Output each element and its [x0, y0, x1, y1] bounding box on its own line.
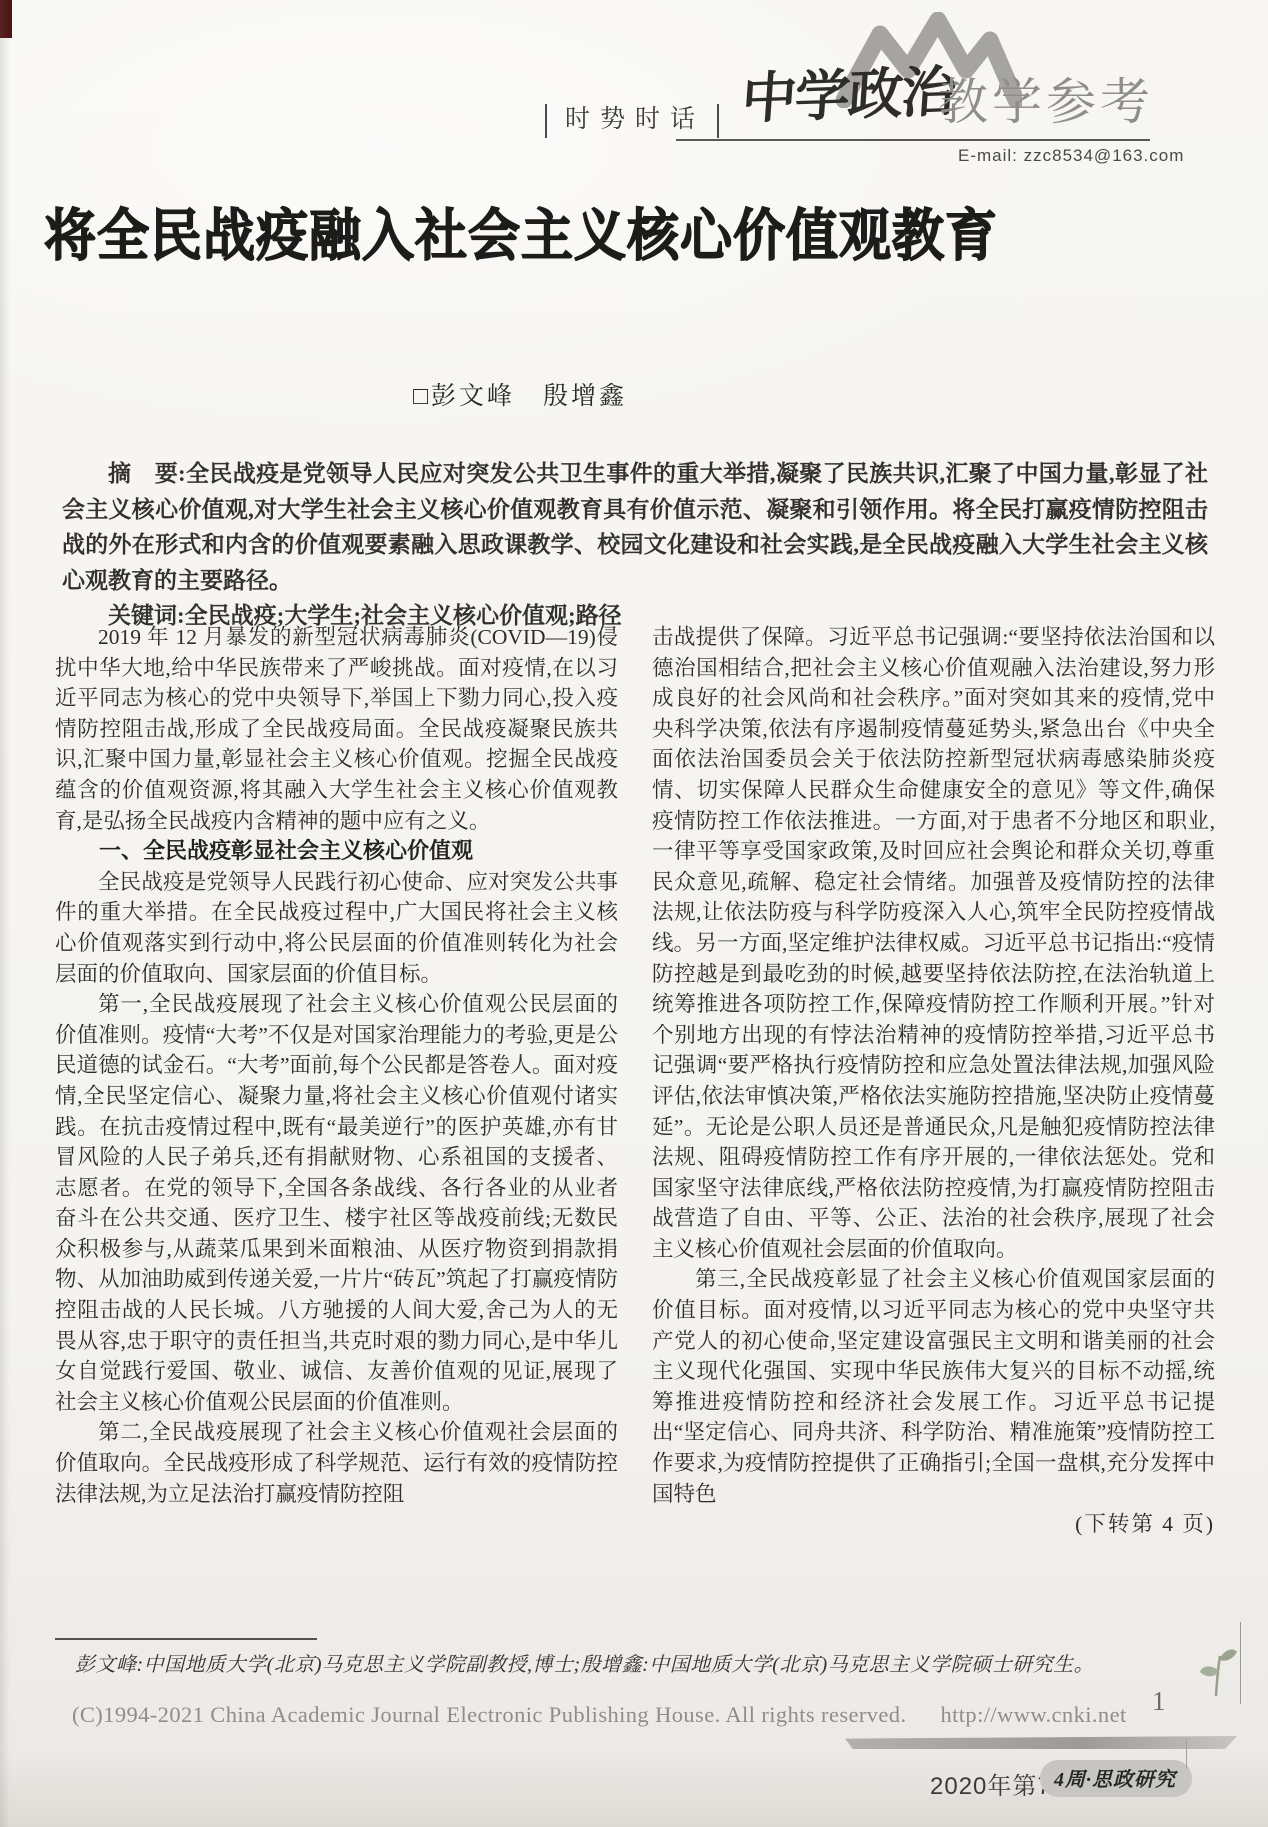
article-authors: □彭文峰 殷增鑫 — [0, 376, 1040, 412]
scan-shadow-bar — [845, 1736, 1237, 1749]
copyright-line: (C)1994-2021 China Academic Journal Elec… — [72, 1702, 1172, 1728]
masthead: 时势时话 中学政治 教学参考 E-mail: zzc8534@163.com — [0, 0, 1268, 170]
page-number-rule — [1240, 1622, 1241, 1704]
paragraph-second-point-start: 第二,全民战疫展现了社会主义核心价值观社会层面的价值取向。全民战疫形成了科学规范… — [55, 1417, 618, 1509]
scan-edge-shade — [0, 0, 10, 1827]
section-label: 时势时话 — [545, 104, 719, 138]
left-column: 2019 年 12 月暴发的新型冠状病毒肺炎(COVID—19)侵扰中华大地,给… — [55, 622, 618, 1634]
abstract-label: 摘 要: — [108, 461, 186, 486]
scanned-journal-page: 时势时话 中学政治 教学参考 E-mail: zzc8534@163.com 将… — [0, 0, 1268, 1827]
paragraph-intro: 2019 年 12 月暴发的新型冠状病毒肺炎(COVID—19)侵扰中华大地,给… — [55, 622, 618, 836]
paragraph-third-point: 第三,全民战疫彰显了社会主义核心价值观国家层面的价值目标。面对疫情,以习近平同志… — [652, 1264, 1215, 1509]
masthead-rule — [676, 139, 1150, 141]
copyright-text: (C)1994-2021 China Academic Journal Elec… — [72, 1702, 906, 1727]
abstract-block: 摘 要:全民战疫是党领导人民应对突发公共卫生事件的重大举措,凝聚了民族共识,汇聚… — [62, 456, 1208, 634]
paragraph-first-point: 第一,全民战疫展现了社会主义核心价值观公民层面的价值准则。疫情“大考”不仅是对国… — [55, 989, 618, 1417]
continued-on-page-note: (下转第 4 页) — [652, 1509, 1215, 1540]
journal-email: E-mail: zzc8534@163.com — [958, 146, 1184, 166]
paragraph-lead: 全民战疫是党领导人民践行初心使命、应对突发公共事件的重大举措。在全民战疫过程中,… — [55, 867, 618, 989]
badge-rule — [1186, 1738, 1187, 1768]
column-badge: 4周·思政研究 — [1040, 1760, 1192, 1797]
leaf-icon — [1196, 1646, 1238, 1703]
paragraph-second-point-continued: 击战提供了保障。习近平总书记强调:“要坚持依法治国和以德治国相结合,把社会主义核… — [652, 622, 1215, 1264]
body-columns: 2019 年 12 月暴发的新型冠状病毒肺炎(COVID—19)侵扰中华大地,给… — [55, 622, 1215, 1634]
article-title: 将全民战疫融入社会主义核心价值观教育 — [44, 190, 1054, 271]
page-number: 1 — [1152, 1686, 1166, 1717]
footnote-rule — [55, 1638, 317, 1640]
journal-name-rest: 教学参考 — [938, 74, 1154, 130]
author-footnote: 彭文峰:中国地质大学(北京)马克思主义学院副教授,博士;殷增鑫:中国地质大学(北… — [55, 1638, 1215, 1680]
cnki-url: http://www.cnki.net — [940, 1702, 1126, 1727]
section-heading-one: 一、全民战疫彰显社会主义核心价值观 — [55, 836, 618, 867]
author-affiliation-note: 彭文峰:中国地质大学(北京)马克思主义学院副教授,博士;殷增鑫:中国地质大学(北… — [55, 1650, 1215, 1680]
abstract-text: 全民战疫是党领导人民应对突发公共卫生事件的重大举措,凝聚了民族共识,汇聚了中国力… — [62, 461, 1208, 593]
journal-name-script: 中学政治 — [740, 62, 957, 129]
abstract-paragraph: 摘 要:全民战疫是党领导人民应对突发公共卫生事件的重大举措,凝聚了民族共识,汇聚… — [62, 456, 1208, 598]
right-column: 击战提供了保障。习近平总书记强调:“要坚持依法治国和以德治国相结合,把社会主义核… — [652, 622, 1215, 1634]
